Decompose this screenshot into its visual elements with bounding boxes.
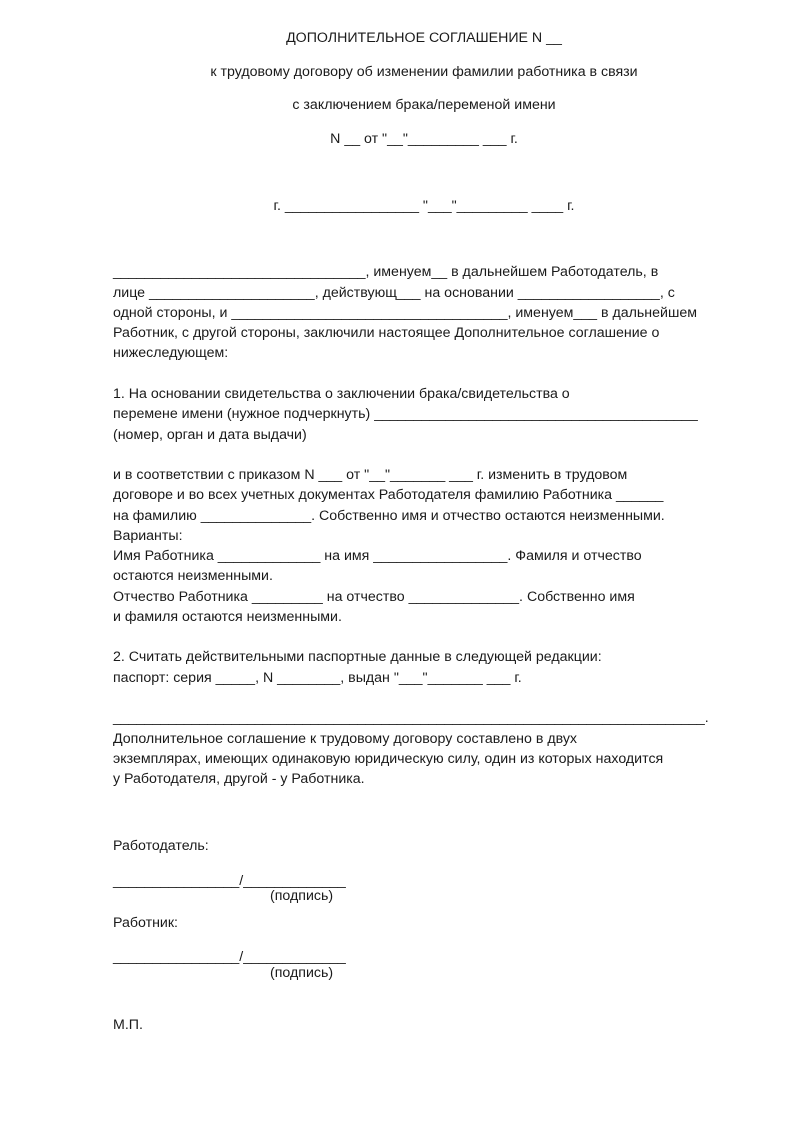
preamble-line: одной стороны, и _______________________… bbox=[113, 304, 697, 322]
clause-1-cont-line: на фамилию ______________. Собственно им… bbox=[113, 507, 665, 525]
variants-heading: Варианты: bbox=[113, 527, 183, 545]
employee-signature-caption: (подпись) bbox=[270, 964, 333, 982]
employee-label: Работник: bbox=[113, 914, 178, 932]
clause-1-cont-line: и в соответствии с приказом N ___ от "__… bbox=[113, 466, 627, 484]
clause-1-line: перемене имени (нужное подчеркнуть) ____… bbox=[113, 405, 698, 423]
passport-blank-line: ________________________________________… bbox=[113, 709, 709, 727]
preamble-line: лице _____________________, действующ___… bbox=[113, 284, 675, 302]
document-title: ДОПОЛНИТЕЛЬНОЕ СОГЛАШЕНИЕ N __ bbox=[0, 29, 793, 47]
preamble-line: ________________________________, именуе… bbox=[113, 263, 658, 281]
preamble-line: Работник, с другой стороны, заключили на… bbox=[113, 324, 659, 342]
stamp-placeholder: М.П. bbox=[113, 1016, 143, 1034]
clause-1-cont-line: Отчество Работника _________ на отчество… bbox=[113, 588, 635, 606]
clause-1-cont-line: договоре и во всех учетных документах Ра… bbox=[113, 486, 663, 504]
city-date-line: г. _________________ "___"_________ ____… bbox=[0, 197, 793, 215]
closing-line: Дополнительное соглашение к трудовому до… bbox=[113, 730, 577, 748]
clause-1-cont-line: остаются неизменными. bbox=[113, 567, 273, 585]
employer-signature-caption: (подпись) bbox=[270, 887, 333, 905]
clause-1-cont-line: и фамиля остаются неизменными. bbox=[113, 608, 342, 626]
clause-1-line: (номер, орган и дата выдачи) bbox=[113, 426, 307, 444]
document-number-date: N __ от "__"_________ ___ г. bbox=[0, 130, 793, 148]
clause-2-line: паспорт: серия _____, N ________, выдан … bbox=[113, 669, 522, 687]
clause-1-line: 1. На основании свидетельства о заключен… bbox=[113, 385, 570, 403]
document-subtitle-line-1: к трудовому договору об изменении фамили… bbox=[0, 63, 793, 81]
employer-label: Работодатель: bbox=[113, 837, 209, 855]
closing-line: у Работодателя, другой - у Работника. bbox=[113, 770, 365, 788]
clause-1-cont-line: Имя Работника _____________ на имя _____… bbox=[113, 547, 642, 565]
closing-line: экземплярах, имеющих одинаковую юридичес… bbox=[113, 750, 663, 768]
document-subtitle-line-2: с заключением брака/переменой имени bbox=[0, 96, 793, 114]
clause-2-line: 2. Считать действительными паспортные да… bbox=[113, 648, 602, 666]
preamble-line: нижеследующем: bbox=[113, 344, 228, 362]
